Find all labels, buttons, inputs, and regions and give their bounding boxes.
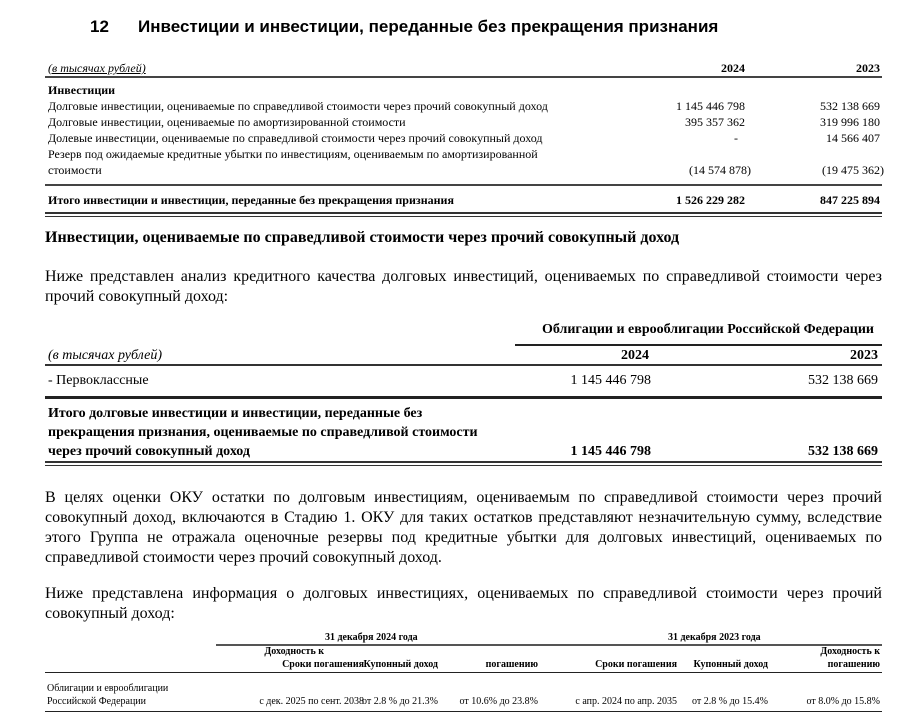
column-header-2023: 2023 xyxy=(856,60,880,76)
yield-header-2023-line2: погашению xyxy=(828,659,880,670)
group-label-row: Инвестиции xyxy=(45,82,882,98)
coupon-header-2023: Купонный доход xyxy=(693,659,768,670)
investments-table: (в тысячах рублей) 2024 2023 Инвестиции … xyxy=(45,60,882,217)
unit-label: (в тысячах рублей) xyxy=(48,60,146,76)
group-header: Облигации и еврооблигации Российской Фед… xyxy=(542,322,874,338)
table-row: Долговые инвестиции, оцениваемые по амор… xyxy=(45,114,882,130)
total-double-underline xyxy=(45,212,882,217)
period-2024: 31 декабря 2024 года xyxy=(325,632,418,643)
subsection-title: Инвестиции, оцениваемые по справедливой … xyxy=(45,229,679,247)
coupon-2024: от 2.8 % до 21.3% xyxy=(362,696,438,707)
total-row: Итого инвестиции и инвестиции, переданны… xyxy=(45,192,882,208)
total-row: Итого долговые инвестиции и инвестиции, … xyxy=(45,399,882,461)
table-row: Долевые инвестиции, оцениваемые по справ… xyxy=(45,130,882,146)
column-header-2024: 2024 xyxy=(621,348,649,364)
table-row-continued: стоимости (14 574 878) (19 475 362) xyxy=(45,162,882,178)
table-header-row: (в тысячах рублей) 2024 2023 xyxy=(45,60,882,76)
maturity-2024: с дек. 2025 по сент. 2038 xyxy=(259,696,364,707)
row-label-line2: Российской Федерации xyxy=(47,696,146,707)
header-divider xyxy=(45,672,882,673)
yield-header-2024-line1: Доходность к xyxy=(264,646,324,657)
unit-label: (в тысячах рублей) xyxy=(48,348,162,364)
maturity-2023: с апр. 2024 по апр. 2035 xyxy=(575,696,677,707)
yield-2023: от 8.0% до 15.8% xyxy=(807,696,881,707)
row-label-line1: Облигации и еврооблигации xyxy=(47,683,168,694)
row-divider xyxy=(45,711,882,712)
section-title-text: Инвестиции и инвестиции, переданные без … xyxy=(138,17,718,36)
table-row: - Первоклассные 1 145 446 798 532 138 66… xyxy=(45,366,882,396)
total-divider xyxy=(45,184,882,186)
column-header-2024: 2024 xyxy=(721,60,745,76)
table-row: Долговые инвестиции, оцениваемые по спра… xyxy=(45,98,882,114)
period-2023: 31 декабря 2023 года xyxy=(668,632,761,643)
credit-quality-table: Облигации и еврооблигации Российской Фед… xyxy=(45,322,882,466)
yield-2024: от 10.6% до 23.8% xyxy=(460,696,539,707)
paragraph-debt-info: Ниже представлена информация о долговых … xyxy=(45,584,882,624)
total-double-underline xyxy=(45,461,882,466)
header-divider xyxy=(45,76,882,78)
coupon-header-2024: Купонный доход xyxy=(363,659,438,670)
yield-header-2023-line1: Доходность к xyxy=(820,646,880,657)
paragraph-credit-quality: Ниже представлен анализ кредитного качес… xyxy=(45,267,882,307)
paragraph-ecl: В целях оценки ОКУ остатки по долговым и… xyxy=(45,488,882,568)
coupon-2023: от 2.8 % до 15.4% xyxy=(692,696,768,707)
yield-header-2024-line2: погашению xyxy=(486,659,538,670)
section-title: 12Инвестиции и инвестиции, переданные бе… xyxy=(90,17,718,37)
maturity-header-2024: Сроки погашения xyxy=(282,659,364,670)
table-row: Резерв под ожидаемые кредитные убытки по… xyxy=(45,146,882,162)
section-number: 12 xyxy=(90,17,138,37)
column-header-2023: 2023 xyxy=(850,348,878,364)
maturity-header-2023: Сроки погашения xyxy=(595,659,677,670)
group-label: Инвестиции xyxy=(48,82,115,98)
